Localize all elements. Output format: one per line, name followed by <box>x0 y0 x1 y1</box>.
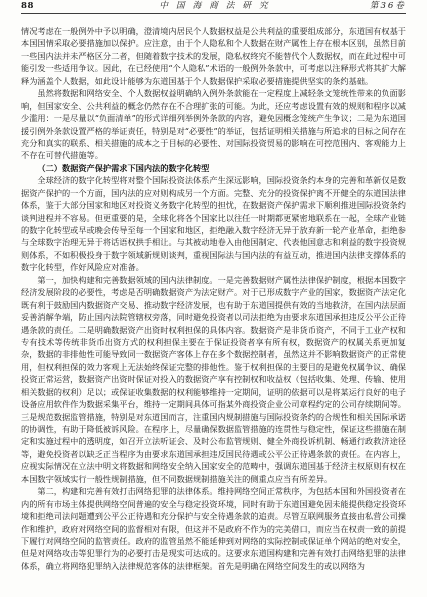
section-heading: （二）数据资产保护需求下国内法的数字化转型 <box>21 162 406 174</box>
article-body: 情况考虑在一般例外中予以明确，澄清境内居民个人数据权益是公共利益的重要组成部分，… <box>21 25 406 572</box>
page-header: 88 中国海商法研究 第36卷 <box>21 1 406 13</box>
header-rule <box>21 13 406 14</box>
journal-title: 中国海商法研究 <box>81 1 346 12</box>
page-number: 88 <box>21 1 81 12</box>
body-paragraph-exceptions: 虽然将数据和网络安全、个人数据权益明确纳入例外条款能在一定程度上减轻条文笼统性带… <box>21 87 406 162</box>
body-paragraph-second-point: 第二，构建和完善有效打击网络犯罪的法律体系。维持网络空间正常秩序，为包括本国和外… <box>21 485 406 572</box>
body-paragraph-continuation: 情况考虑在一般例外中予以明确，澄清境内居民个人数据权益是公共利益的重要组成部分，… <box>21 25 406 87</box>
body-paragraph-digital-transition: 全球经济的数字化转型将对整个国际投资法体系产生深远影响，国际投资条约本身的完善和… <box>21 174 406 274</box>
body-paragraph-first-point: 第一，加快构建和完善数据领域的国内法律制度。一是完善数据财产属性法律保护制度，根… <box>21 274 406 485</box>
journal-page: 88 中国海商法研究 第36卷 情况考虑在一般例外中予以明确，澄清境内居民个人数… <box>0 0 427 597</box>
volume-label: 第36卷 <box>346 1 406 12</box>
